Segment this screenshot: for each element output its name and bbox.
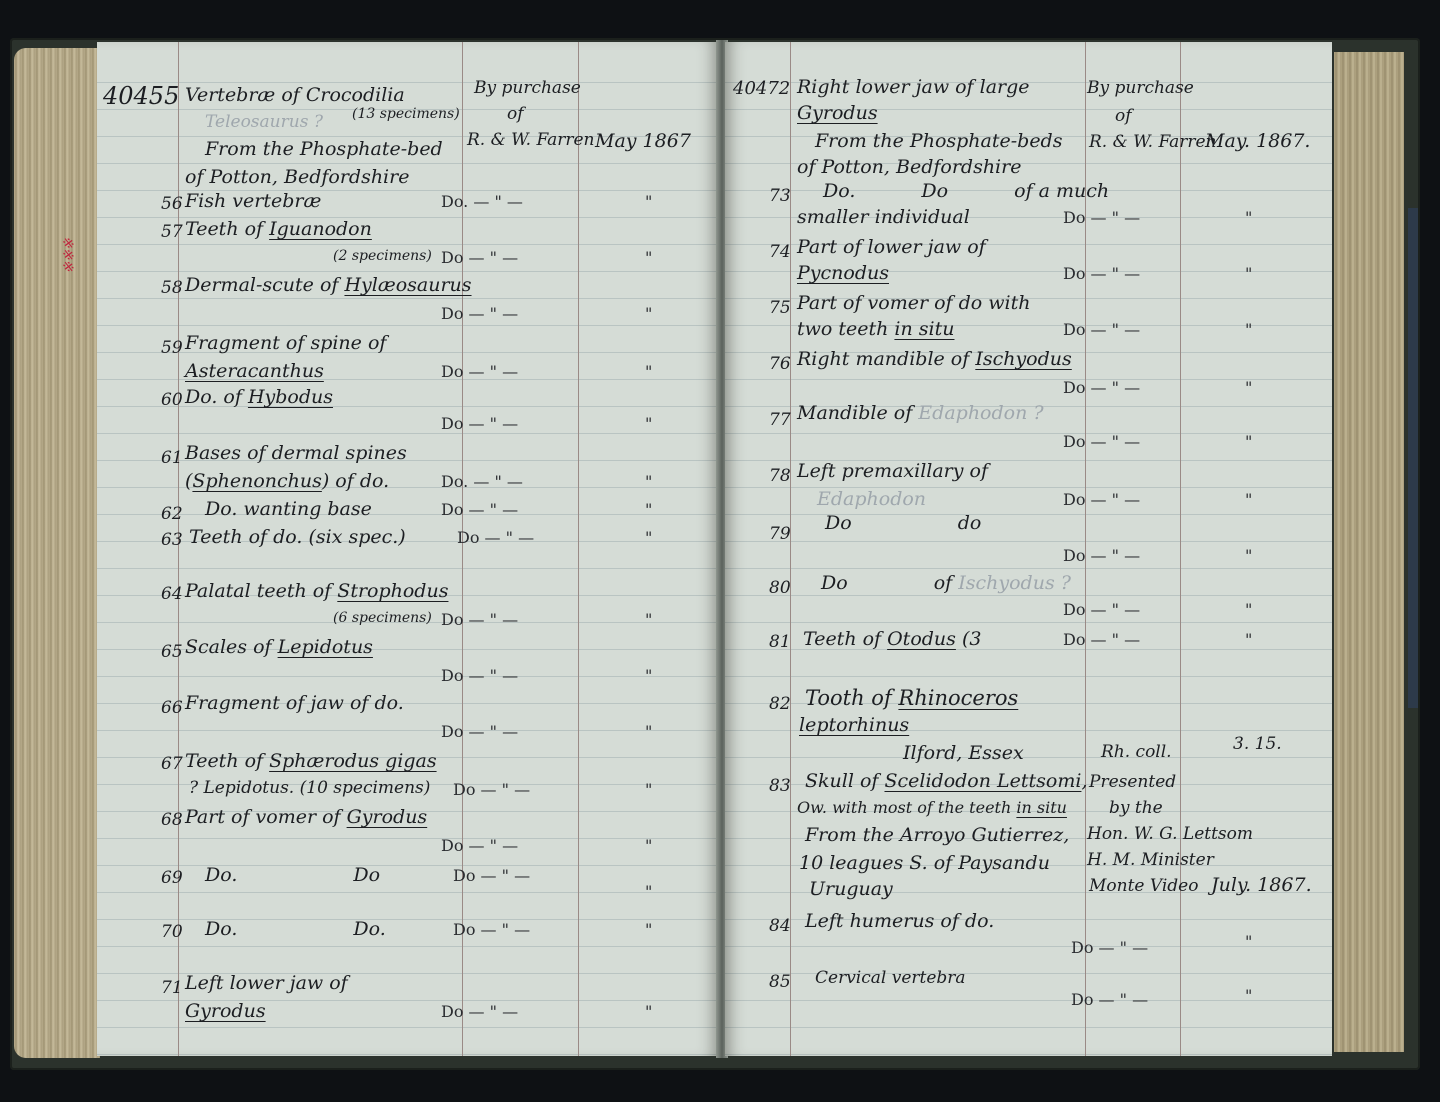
entry-line: (Sphenonchus) of do. <box>185 470 389 492</box>
entry-pencil-note: Teleosaurus ? <box>205 112 323 132</box>
entry-line: Do. Do <box>205 864 380 886</box>
date-ditto: " <box>1245 986 1252 1005</box>
source-ditto: Do. — " — <box>441 472 523 491</box>
reg-number: 63 <box>161 530 183 550</box>
reg-number: 67 <box>161 754 183 774</box>
entry-line: (2 specimens) <box>333 248 432 264</box>
entry-line: Part of vomer of Gyrodus <box>185 806 427 828</box>
entry-line: Asteracanthus <box>185 360 324 382</box>
entry-line: 10 leagues S. of Paysandu <box>799 852 1050 874</box>
date-ditto: " <box>645 362 652 381</box>
entry-line: Teeth of Otodus (3 <box>803 628 981 650</box>
source-ditto: Do — " — <box>1063 378 1140 397</box>
entry-line: (6 specimens) <box>333 610 432 626</box>
entry-line: Teeth of Iguanodon <box>185 218 372 240</box>
source-ditto: Do. — " — <box>441 192 523 211</box>
source-line: Monte Video <box>1089 876 1198 896</box>
reg-number: 66 <box>161 698 183 718</box>
reg-number: 68 <box>161 810 183 830</box>
date-ditto: " <box>645 722 652 741</box>
entry-line: Ilford, Essex <box>903 742 1024 764</box>
source-line: by the <box>1109 798 1163 818</box>
date: July. 1867. <box>1211 874 1312 896</box>
reg-number: 74 <box>769 242 791 262</box>
date: May 1867 <box>595 130 691 152</box>
date-ditto: " <box>645 414 652 433</box>
date-ditto: " <box>1245 208 1252 227</box>
source-ditto: Do — " — <box>1063 432 1140 451</box>
source-line: Presented <box>1089 772 1176 792</box>
source-ditto: Do — " — <box>441 414 518 433</box>
date-ditto: " <box>645 192 652 211</box>
source-ditto: Do — " — <box>1063 264 1140 283</box>
source-ditto: Do — " — <box>441 610 518 629</box>
entry-line: Right mandible of Ischyodus <box>797 348 1072 370</box>
source-ditto: Do — " — <box>1071 938 1148 957</box>
entry-line: Gyrodus <box>797 102 878 124</box>
date-ditto: " <box>1245 378 1252 397</box>
date-ditto: " <box>645 836 652 855</box>
entry-line: Bases of dermal spines <box>185 442 407 464</box>
entry-line: Do. wanting base <box>205 498 372 520</box>
source-ditto: Do — " — <box>441 722 518 741</box>
bookmark-ribbon[interactable] <box>1408 208 1418 708</box>
entry-line: Fragment of spine of <box>185 332 386 354</box>
source-ditto: Do — " — <box>1063 490 1140 509</box>
source-ditto: Do — " — <box>1063 208 1140 227</box>
entry-line: Vertebræ of Crocodilia <box>185 84 405 106</box>
source-line: H. M. Minister <box>1087 850 1214 870</box>
reg-number: 75 <box>769 298 791 318</box>
right-page: 40472 Right lower jaw of large Gyrodus F… <box>725 42 1332 1056</box>
source-faint-note: Rh. coll. <box>1101 742 1172 762</box>
date: May. 1867. <box>1205 130 1310 152</box>
source-line: R. & W. Farren <box>1089 132 1217 152</box>
entry-line: leptorhinus <box>799 714 909 736</box>
source-ditto: Do — " — <box>441 248 518 267</box>
entry-line: Cervical vertebra <box>815 968 966 988</box>
reg-number: 84 <box>769 916 791 936</box>
reg-number: 83 <box>769 776 791 796</box>
entry-line: Part of vomer of do with <box>797 292 1030 314</box>
entry-line: From the Arroyo Gutierrez, <box>805 824 1069 846</box>
entry-line: Do do <box>825 512 981 534</box>
date-ditto: " <box>1245 630 1252 649</box>
entry-line: Part of lower jaw of <box>797 236 986 258</box>
date-ditto: " <box>645 666 652 685</box>
entry-line: Do. Do. <box>205 918 386 940</box>
source-ditto: Do — " — <box>453 780 530 799</box>
entry-line: Uruguay <box>809 878 893 900</box>
entry-line: Tooth of Rhinoceros <box>805 686 1018 710</box>
entry-line: Skull of Scelidodon Lettsomi, <box>805 770 1087 792</box>
entry-line: Do. of Hybodus <box>185 386 333 408</box>
entry-line: From the Phosphate-bed <box>205 138 443 160</box>
date-ditto: " <box>1245 600 1252 619</box>
entry-line: From the Phosphate-beds <box>815 130 1062 152</box>
source-ditto: Do — " — <box>457 528 534 547</box>
entry-line: two teeth in situ <box>797 318 954 340</box>
source-ditto: Do — " — <box>441 362 518 381</box>
reg-number: 69 <box>161 868 183 888</box>
date-ditto: " <box>645 780 652 799</box>
entry-line: Do. Do of a much <box>823 180 1109 202</box>
page-edges-right <box>1334 52 1404 1052</box>
source-ditto: Do — " — <box>1063 546 1140 565</box>
source-line: By purchase <box>474 78 581 98</box>
reg-number: 64 <box>161 584 183 604</box>
source-line: of <box>507 104 524 124</box>
date-ditto: " <box>645 528 652 547</box>
source-ditto: Do — " — <box>1063 320 1140 339</box>
date-ditto: " <box>645 472 652 491</box>
reg-number: 70 <box>161 922 183 942</box>
source-line: R. & W. Farren <box>467 130 595 150</box>
source-line: Hon. W. G. Lettsom <box>1087 824 1253 844</box>
date-ditto: " <box>645 304 652 323</box>
entry-line: Palatal teeth of Strophodus <box>185 580 448 602</box>
entry-line: of Potton, Bedfordshire <box>797 156 1021 178</box>
reg-number: 57 <box>161 222 183 242</box>
source-ditto: Do — " — <box>441 1002 518 1021</box>
date-ditto: " <box>1245 546 1252 565</box>
entry-line: Fragment of jaw of do. <box>185 692 404 714</box>
entry-line: Left lower jaw of <box>185 972 348 994</box>
reg-number: 79 <box>769 524 791 544</box>
reg-number: 71 <box>161 978 183 998</box>
source-line: By purchase <box>1087 78 1194 98</box>
source-ditto: Do — " — <box>1071 990 1148 1009</box>
date-ditto: " <box>1245 264 1252 283</box>
reg-number: 40455 <box>103 82 179 110</box>
entry-line: Ow. with most of the teeth in situ <box>797 798 1067 817</box>
entry-line: Right lower jaw of large <box>797 76 1030 98</box>
source-ditto: Do — " — <box>453 920 530 939</box>
reg-number: 62 <box>161 504 183 524</box>
reg-number: 61 <box>161 448 183 468</box>
reg-number: 80 <box>769 578 791 598</box>
entry-line: Pycnodus <box>797 262 889 284</box>
entry-line: ? Lepidotus. (10 specimens) <box>189 778 430 798</box>
source-line: of <box>1115 106 1132 126</box>
source-ditto: Do — " — <box>1063 630 1140 649</box>
entry-line: Teeth of Sphærodus gigas <box>185 750 437 772</box>
reg-number: 85 <box>769 972 791 992</box>
date-ditto: " <box>1245 320 1252 339</box>
date-faint-note: 3. 15. <box>1233 734 1282 754</box>
entry-line: smaller individual <box>797 206 970 228</box>
reg-number: 56 <box>161 194 183 214</box>
reg-number: 59 <box>161 338 183 358</box>
page-edges-left <box>14 48 100 1058</box>
source-ditto: Do — " — <box>441 304 518 323</box>
column-rule-date <box>578 42 579 1056</box>
reg-number: 65 <box>161 642 183 662</box>
reg-number: 77 <box>769 410 791 430</box>
reg-number: 58 <box>161 278 183 298</box>
left-page: 40455 Vertebræ of Crocodilia Teleosaurus… <box>97 42 718 1056</box>
entry-pencil-note: Edaphodon <box>817 488 926 510</box>
source-ditto: Do — " — <box>441 666 518 685</box>
reg-number: 40472 <box>733 78 790 99</box>
entry-line: of Potton, Bedfordshire <box>185 166 409 188</box>
entry-line: Fish vertebræ <box>185 190 321 212</box>
source-ditto: Do — " — <box>1063 600 1140 619</box>
column-rule-date <box>1180 42 1181 1056</box>
source-ditto: Do — " — <box>441 836 518 855</box>
date-ditto: " <box>1245 432 1252 451</box>
reg-number: 76 <box>769 354 791 374</box>
red-edge-mark: ※※※ <box>62 238 78 273</box>
date-ditto: " <box>645 500 652 519</box>
source-ditto: Do — " — <box>441 500 518 519</box>
date-ditto: " <box>645 248 652 267</box>
date-ditto: " <box>645 920 652 939</box>
date-ditto: " <box>1245 932 1252 951</box>
entry-line: Scales of Lepidotus <box>185 636 373 658</box>
entry-line: (13 specimens) <box>352 106 460 122</box>
entry-line: Do of Ischyodus ? <box>821 572 1071 594</box>
entry-line: Left premaxillary of <box>797 460 988 482</box>
reg-number: 60 <box>161 390 183 410</box>
date-ditto: " <box>645 1002 652 1021</box>
source-ditto: Do — " — <box>453 866 530 885</box>
entry-line: Gyrodus <box>185 1000 266 1022</box>
reg-number: 82 <box>769 694 791 714</box>
reg-number: 81 <box>769 632 791 652</box>
date-ditto: " <box>645 610 652 629</box>
date-ditto: " <box>1245 490 1252 509</box>
reg-number: 78 <box>769 466 791 486</box>
entry-line: Left humerus of do. <box>805 910 994 932</box>
entry-line: Mandible of Edaphodon ? <box>797 402 1044 424</box>
entry-line: Teeth of do. (six spec.) <box>189 526 406 548</box>
entry-line: Dermal-scute of Hylæosaurus <box>185 274 472 296</box>
reg-number: 73 <box>769 186 791 206</box>
date-ditto: " <box>645 882 652 901</box>
